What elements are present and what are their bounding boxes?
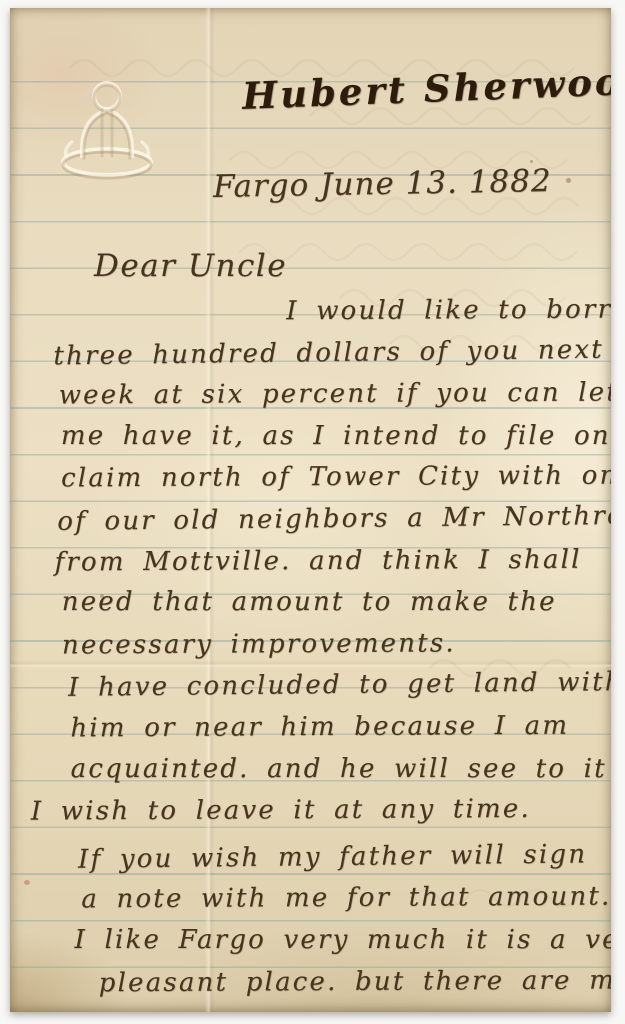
letter-line: I wish to leave it at any time.	[31, 794, 611, 839]
letter-line: week at six percent if you can let	[59, 378, 611, 422]
letter-line: need that amount to make the	[62, 587, 611, 629]
scanned-letter-photo: { "letter": { "writer_name": "Hubert She…	[0, 0, 625, 1024]
salutation: Dear Uncle	[94, 248, 287, 284]
letter-line: pleasant place. but there are more	[99, 965, 611, 1009]
letter-line: of our old neighbors a Mr Northrop	[57, 501, 611, 548]
letter-line: claim north of Tower City with one	[61, 461, 611, 505]
letter-line: necessary improvements.	[62, 627, 611, 671]
dateline: Fargo June 13. 1882	[213, 163, 552, 205]
letter-line: him or near him because I am	[70, 710, 611, 754]
letter-line: I like Fargo very much it is a very	[75, 925, 611, 967]
letter-body: I would like to borrow three hundred dol…	[53, 295, 611, 1010]
letter-line: three hundred dollars of you next	[53, 334, 611, 382]
letter-line: acquainted. and he will see to it if	[71, 753, 611, 795]
letter-line: I would like to borrow	[286, 295, 611, 338]
letter-paper: Hubert Sherwood Fargo June 13. 1882 Dear…	[10, 8, 611, 1012]
letter-line: I have concluded to get land with	[68, 667, 611, 714]
paper-speck	[566, 178, 571, 183]
letter-line: a note with me for that amount.	[81, 882, 611, 926]
letter-line: If you wish my father will sign	[78, 839, 611, 886]
letter-line: me have it, as I intend to file on a	[61, 421, 611, 463]
letter-line: from Mottville. and think I shall	[54, 544, 611, 589]
embossed-seal-icon	[52, 66, 162, 186]
paper-speck	[24, 880, 30, 885]
